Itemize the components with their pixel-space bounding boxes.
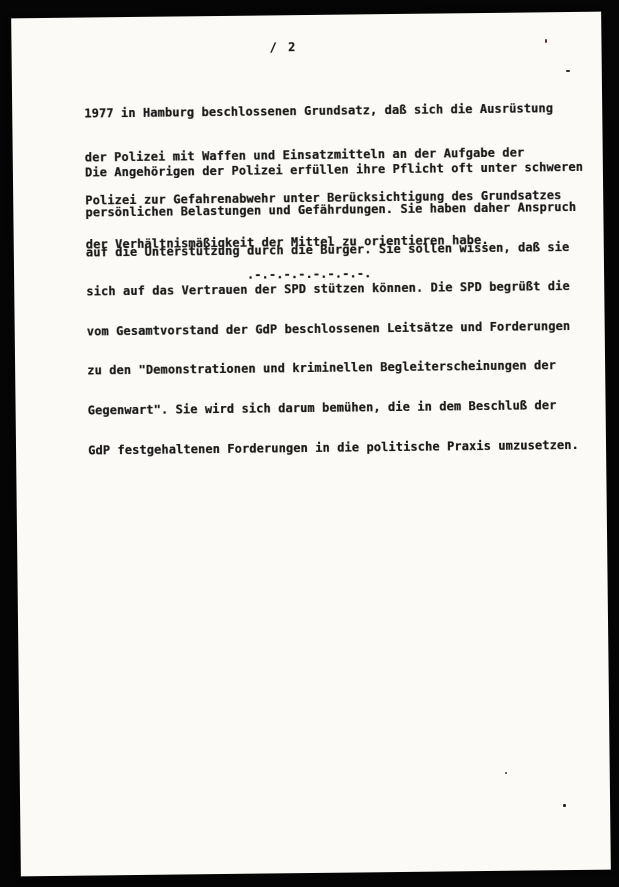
text-line: 1977 in Hamburg beschlossenen Grundsatz,… [84,101,560,121]
scanned-document-screenshot: { "document": { "page_number": "/ 2", "p… [0,0,619,887]
scan-speck [566,70,570,72]
paragraph-2: Die Angehörigen der Polizei erfüllen ihr… [85,135,587,484]
text-line: Gegenwart". Sie wird sich darum bemühen,… [88,399,586,418]
scan-speck [505,772,507,774]
text-line: persönlichen Belastungen und Gefährdunge… [85,201,583,220]
scan-speck [563,804,566,807]
text-line: GdP festgehaltenen Forderungen in die po… [88,439,586,458]
document-page: / 2 1977 in Hamburg beschlossenen Grunds… [11,12,611,877]
scan-speck [545,39,547,43]
text-line: zu den "Demonstrationen und kriminellen … [87,359,585,378]
text-line: Die Angehörigen der Polizei erfüllen ihr… [85,161,583,180]
text-line: sich auf das Vertrauen der SPD stützen k… [86,280,584,299]
text-line: auf die Unterstützung durch die Bürger. … [86,241,584,260]
text-line: vom Gesamtvorstand der GdP beschlossenen… [87,320,585,339]
page-number: / 2 [269,40,297,54]
